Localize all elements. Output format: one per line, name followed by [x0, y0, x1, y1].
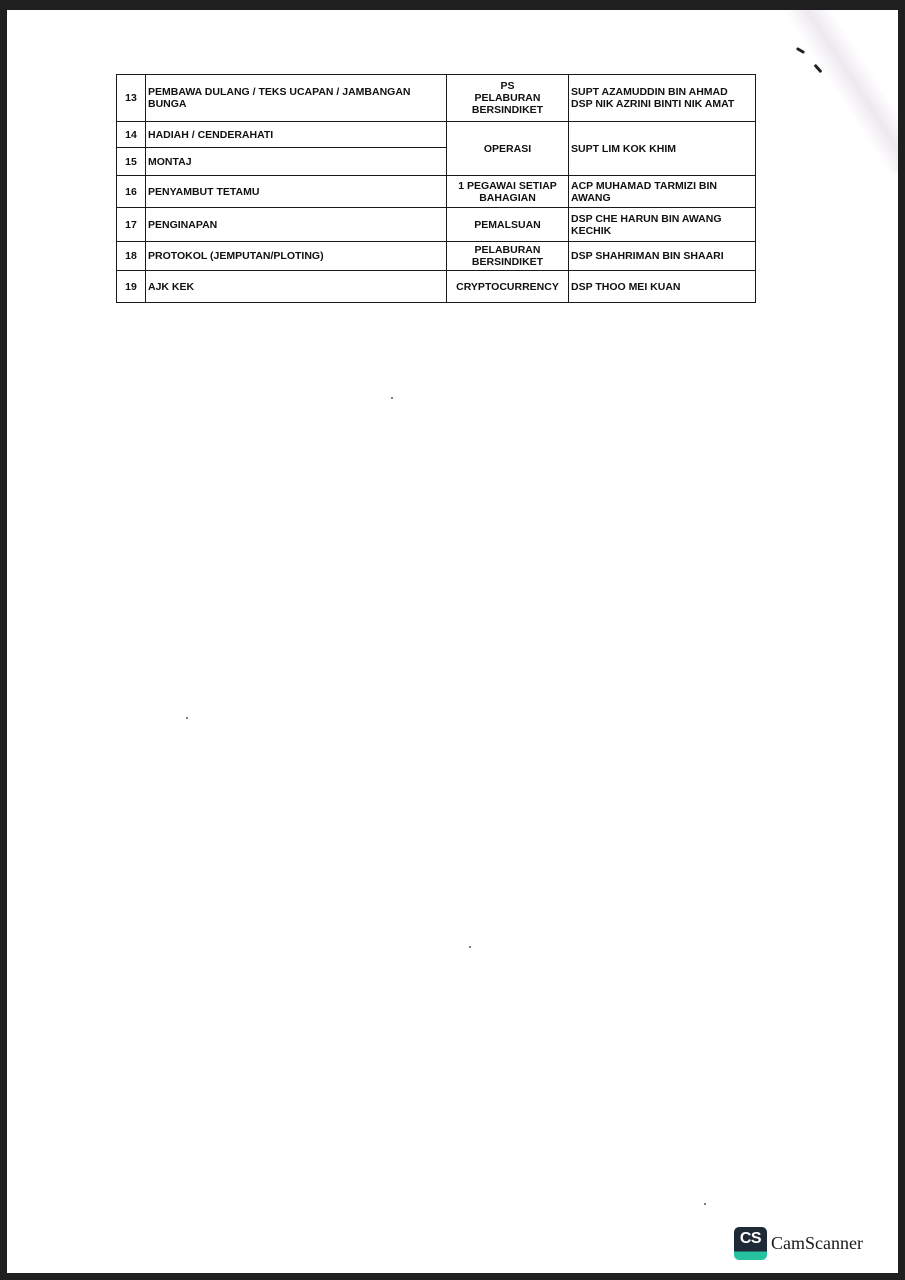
- officer-cell: SUPT AZAMUDDIN BIN AHMAD DSP NIK AZRINI …: [569, 75, 756, 122]
- officer-name: DSP NIK AZRINI BINTI NIK AMAT: [571, 98, 753, 110]
- table-row: 13 PEMBAWA DULANG / TEKS UCAPAN / JAMBAN…: [117, 75, 756, 122]
- scan-shadow: [777, 10, 898, 176]
- officer-cell: SUPT LIM KOK KHIM: [569, 122, 756, 176]
- pen-mark: [796, 47, 805, 54]
- committee-table: 13 PEMBAWA DULANG / TEKS UCAPAN / JAMBAN…: [116, 74, 756, 303]
- unit-line: PELABURAN: [449, 244, 566, 256]
- row-number: 19: [117, 271, 146, 303]
- row-number: 13: [117, 75, 146, 122]
- unit-cell: CRYPTOCURRENCY: [447, 271, 569, 303]
- unit-line: BAHAGIAN: [449, 192, 566, 204]
- task-cell: MONTAJ: [146, 148, 447, 176]
- officer-cell: DSP SHAHRIMAN BIN SHAARI: [569, 242, 756, 271]
- unit-line: 1 PEGAWAI SETIAP: [449, 180, 566, 192]
- scan-speck: [391, 397, 393, 399]
- unit-cell: 1 PEGAWAI SETIAP BAHAGIAN: [447, 176, 569, 208]
- scan-speck: [469, 946, 471, 948]
- unit-cell: PELABURAN BERSINDIKET: [447, 242, 569, 271]
- scan-speck: [704, 1203, 706, 1205]
- officer-cell: ACP MUHAMAD TARMIZI BIN AWANG: [569, 176, 756, 208]
- officer-cell: DSP CHE HARUN BIN AWANG KECHIK: [569, 208, 756, 242]
- officer-name: SUPT AZAMUDDIN BIN AHMAD: [571, 86, 753, 98]
- task-cell: HADIAH / CENDERAHATI: [146, 122, 447, 148]
- officer-cell: DSP THOO MEI KUAN: [569, 271, 756, 303]
- scanned-page: 13 PEMBAWA DULANG / TEKS UCAPAN / JAMBAN…: [7, 10, 898, 1273]
- unit-cell: PEMALSUAN: [447, 208, 569, 242]
- task-cell: PENGINAPAN: [146, 208, 447, 242]
- unit-cell: OPERASI: [447, 122, 569, 176]
- row-number: 15: [117, 148, 146, 176]
- row-number: 18: [117, 242, 146, 271]
- unit-line: BERSINDIKET: [449, 104, 566, 116]
- unit-cell: PS PELABURAN BERSINDIKET: [447, 75, 569, 122]
- task-cell: PROTOKOL (JEMPUTAN/PLOTING): [146, 242, 447, 271]
- row-number: 17: [117, 208, 146, 242]
- table-row: 18 PROTOKOL (JEMPUTAN/PLOTING) PELABURAN…: [117, 242, 756, 271]
- task-cell: AJK KEK: [146, 271, 447, 303]
- task-cell: PEMBAWA DULANG / TEKS UCAPAN / JAMBANGAN…: [146, 75, 447, 122]
- scan-speck: [186, 717, 188, 719]
- unit-line: PS: [449, 80, 566, 92]
- table-row: 14 HADIAH / CENDERAHATI OPERASI SUPT LIM…: [117, 122, 756, 148]
- table-row: 19 AJK KEK CRYPTOCURRENCY DSP THOO MEI K…: [117, 271, 756, 303]
- camscanner-logo-icon: CS: [734, 1227, 767, 1260]
- camscanner-name: CamScanner: [771, 1233, 863, 1254]
- row-number: 16: [117, 176, 146, 208]
- unit-line: PELABURAN: [449, 92, 566, 104]
- table-row: 17 PENGINAPAN PEMALSUAN DSP CHE HARUN BI…: [117, 208, 756, 242]
- row-number: 14: [117, 122, 146, 148]
- table-row: 16 PENYAMBUT TETAMU 1 PEGAWAI SETIAP BAH…: [117, 176, 756, 208]
- task-cell: PENYAMBUT TETAMU: [146, 176, 447, 208]
- camscanner-watermark: CS CamScanner: [734, 1227, 863, 1260]
- unit-line: BERSINDIKET: [449, 256, 566, 268]
